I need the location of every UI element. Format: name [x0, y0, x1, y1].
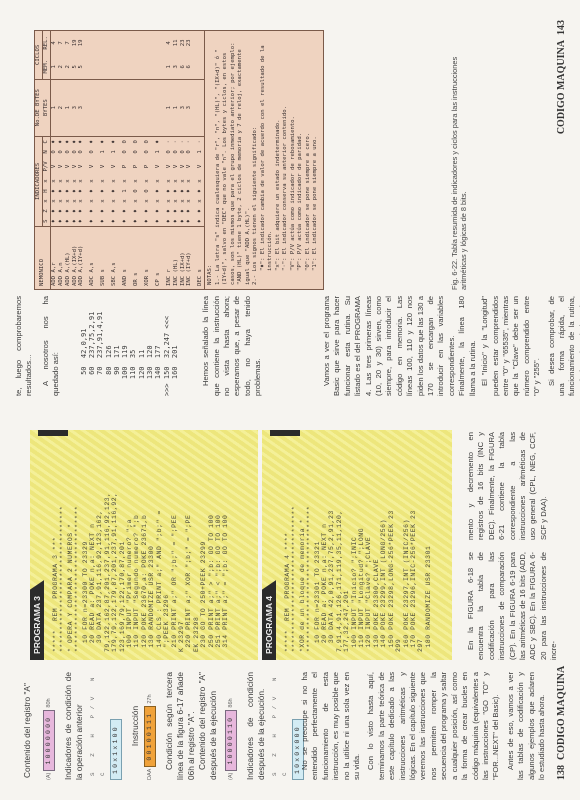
code-line: 100 INPUT "Inicio? ";INIC: [351, 506, 358, 652]
flag-cell: ♦: [151, 216, 162, 227]
table-notes: NOTAS: 1.- La letra "s" indica cualesqui…: [204, 31, 323, 289]
flag-cell: ♦: [186, 216, 193, 227]
flag-cell: 1: [118, 186, 129, 196]
legend-item: "1": El indicador se pone siempre a uno.: [312, 35, 320, 271]
code-line: *XOR de un bloque de memoria *: [299, 506, 306, 652]
bytes-cell: [140, 79, 151, 136]
programa-3-code: ***** REM PROGRAMA 3 *******************…: [52, 492, 230, 652]
rel-cell: [118, 31, 129, 55]
listing-line: 90 171: [113, 296, 121, 396]
listing-line: 130 120: [146, 296, 154, 396]
reg-a-before-bits: 10000000: [43, 710, 55, 771]
code-line: *********************************: [74, 492, 81, 652]
flag-cell: 0: [58, 147, 65, 157]
flags-before-bits: 10x1x100: [110, 719, 122, 780]
flag-cell: ♦: [96, 206, 107, 216]
flag-cell: 1: [96, 147, 107, 157]
mnemonic-cell: XOR s: [140, 227, 151, 289]
column-header: S: [42, 216, 50, 227]
col-nemonico: NEMONICO: [35, 227, 50, 289]
mnemonic-cell: ADD A,(IY+d): [78, 227, 85, 289]
flag-cell: x: [186, 196, 193, 206]
flag-cell: ♦: [162, 186, 173, 196]
mem-cell: 2: [58, 55, 65, 79]
programa-4-panel: PROGRAMA 4 ***** REM PROGRAMA 4 ********…: [262, 430, 452, 660]
table-row: INC (HL)♦♦x♦xV0·1311: [173, 31, 180, 289]
flag-cell: 0: [78, 147, 85, 157]
flag-cell: x: [96, 196, 107, 206]
rel-cell: [140, 31, 151, 55]
flag-cell: ♦: [129, 216, 140, 227]
mnemonic-cell: SBC A,s: [107, 227, 118, 289]
instruction-hex: 27h: [147, 694, 153, 703]
code-line: 150 POKE 23298,LONG-256*PEEK 23: [388, 506, 395, 652]
flag-cell: 0: [129, 186, 140, 196]
page-143: te, luego comprobaremos resultados... A …: [0, 0, 580, 400]
flag-cell: ♦: [180, 206, 187, 216]
mem-cell: [193, 55, 204, 79]
rel-cell: 19: [72, 31, 79, 55]
rel-cell: 23: [180, 31, 187, 55]
flag-cell: x: [162, 176, 173, 186]
flag-cell: ♦: [173, 206, 180, 216]
reg-prefix: (A): [228, 773, 234, 780]
mnemonic-cell: ADD A,(IX+d): [72, 227, 79, 289]
flag-cell: ♦: [78, 186, 85, 196]
flag-cell: x: [85, 196, 96, 206]
flags-cycles-table: NEMONICO INDICADORES No.DE BYTES CICLOS …: [34, 30, 324, 290]
flag-cell: ♦: [50, 216, 57, 227]
flag-cell: ♦: [50, 136, 57, 147]
column-header: Z: [42, 206, 50, 216]
flag-cell: P: [129, 157, 140, 176]
legend-item: "0": El indicador se pone siempre a cero…: [305, 35, 313, 271]
flag-cell: x: [186, 176, 193, 186]
flag-cell: 0: [162, 147, 173, 157]
flag-cell: V: [58, 157, 65, 176]
code-line: 140 CLS : PRINT a;" AND ";b;" =: [156, 492, 163, 652]
flag-cell: x: [180, 176, 187, 186]
code-line: 140 POKE 23299,INT (LONG/256): [380, 506, 387, 652]
reg-a-after-bits: 10000110: [225, 710, 237, 771]
flag-cell: ♦: [118, 216, 129, 227]
flag-cell: ♦: [186, 186, 193, 196]
paragraph: mento y decremento en registros de 16 bi…: [466, 432, 549, 540]
column-header: x: [42, 176, 50, 186]
table-row: AND s♦♦x1xP00: [118, 31, 129, 289]
flag-cell: P: [118, 157, 129, 176]
flag-cell: 0: [129, 136, 140, 147]
paragraph: Hemos señalado la línea que contiene la …: [201, 296, 263, 396]
flags-header: S Z H P/V N C: [88, 672, 109, 776]
flags-header: S Z H P/V N C: [270, 672, 291, 776]
mem-cell: [85, 55, 96, 79]
bytes-cell: 3: [78, 79, 85, 136]
bytes-cell: 3: [72, 79, 79, 136]
instruction-mnemonic: DAA: [147, 769, 153, 780]
flag-cell: 0: [50, 147, 57, 157]
bytes-cell: 1: [65, 79, 72, 136]
body-column-2: En la FIGURA 6-18 se encuentra la tabla …: [466, 552, 560, 660]
mem-cell: 5: [72, 55, 79, 79]
flag-cell: V: [173, 157, 180, 176]
column-header: H: [42, 186, 50, 196]
flag-cell: ♦: [140, 216, 151, 227]
page-number: 143: [556, 20, 567, 35]
reg-prefix: (A): [46, 773, 52, 780]
mnemonic-cell: INC (IY+d): [186, 227, 193, 289]
flag-cell: 0: [186, 147, 193, 157]
flag-cell: ♦: [96, 186, 107, 196]
flag-cell: ♦: [78, 216, 85, 227]
rel-cell: 4: [162, 31, 173, 55]
flag-cell: ♦: [72, 136, 79, 147]
flag-cell: ♦: [107, 206, 118, 216]
group-indicadores: INDICADORES: [35, 136, 42, 226]
flag-cell: x: [50, 196, 57, 206]
flag-cell: ♦: [58, 216, 65, 227]
mnemonic-cell: INC r: [162, 227, 173, 289]
table-row: ADD A,(IX+d)♦♦x♦xV0♦3519: [72, 31, 79, 289]
flag-cell: ♦: [151, 136, 162, 147]
flag-cell: x: [140, 176, 151, 186]
flag-cell: x: [72, 176, 79, 186]
flag-cell: ♦: [140, 206, 151, 216]
code-line: *********************************: [291, 506, 298, 652]
code-line: 20 READ a: POKE n,a: NEXT n: [321, 506, 328, 652]
flag-cell: ♦: [65, 216, 72, 227]
flag-cell: ♦: [50, 186, 57, 196]
flag-cell: x: [85, 176, 96, 186]
table-row: OR s♦♦x0xP00: [129, 31, 140, 289]
column-header: C: [42, 136, 50, 147]
notes-title: NOTAS:: [207, 35, 215, 285]
flag-cell: 0: [72, 147, 79, 157]
bytes-cell: [118, 79, 129, 136]
programa-3-title: PROGRAMA 3: [30, 580, 44, 660]
figure-caption: Fig. 6-22. Tabla resumida de indicadores…: [450, 32, 468, 290]
column-header: P/V: [42, 157, 50, 176]
body-column-3: mento y decremento en registros de 16 bi…: [466, 432, 549, 540]
mem-cell: 6: [180, 55, 187, 79]
table-row: ADC A,s♦♦x♦xV0♦: [85, 31, 96, 289]
table-row: INC (IY+d)♦♦x♦xV0·3623: [186, 31, 193, 289]
flag-cell: x: [193, 196, 204, 206]
flags-after-label: Indicadores de condición después de la e…: [245, 672, 267, 780]
mnemonic-cell: INC (HL): [173, 227, 180, 289]
listing-column: te, luego comprobaremos resultados... A …: [14, 296, 264, 396]
flag-cell: ♦: [193, 216, 204, 227]
instruction-label: Instrucción: [130, 672, 141, 780]
column-header: MEM.: [42, 55, 50, 79]
code-line: 220 PRINT a;" XOR ";b;" = ";PE: [185, 492, 192, 652]
flag-cell: ♦: [85, 216, 96, 227]
table-row: INC (IX+d)♦♦x♦xV0·3623: [180, 31, 187, 289]
mnemonic-cell: ADD A,n: [58, 227, 65, 289]
table-row: XOR s♦♦x0xP00: [140, 31, 151, 289]
flag-cell: 0: [65, 147, 72, 157]
column-header: REL.: [42, 31, 50, 55]
flag-cell: ♦: [162, 206, 173, 216]
flag-cell: x: [151, 196, 162, 206]
page-number: 138: [556, 765, 567, 780]
programa-3-panel: PROGRAMA 3 ***** REM PROGRAMA 3 ********…: [30, 430, 258, 660]
flag-cell: x: [65, 176, 72, 186]
flag-cell: ·: [193, 136, 204, 147]
code-line: *********************************: [59, 492, 66, 652]
flag-cell: ♦: [58, 186, 65, 196]
code-line: 170 POKE 23296,INIC-256*PEEK 23: [410, 506, 417, 652]
column-header: x: [42, 196, 50, 206]
mem-cell: [151, 55, 162, 79]
code-line: 10 FOR n=23301 TO 23321: [314, 506, 321, 652]
flag-cell: ♦: [78, 206, 85, 216]
reg-a-before-label: Contenido del registro "A": [22, 672, 33, 778]
code-line: 210 PRINT a;" OR ";b;" = ";PEE: [171, 492, 178, 652]
paragraph: Antes de eso, vamos a ver las tablas de …: [506, 672, 548, 780]
flag-cell: x: [96, 176, 107, 186]
code-line: 79,122,162,87,201,237,91,116,92,123,: [104, 492, 111, 652]
mnemonic-cell: AND s: [118, 227, 129, 289]
code-line: 179,79,122,179,87,201,237,91,116,92,: [111, 492, 118, 652]
rel-cell: [129, 31, 140, 55]
flag-cell: ♦: [180, 186, 187, 196]
flag-cell: x: [162, 196, 173, 206]
page-138: Contenido del registro "A" (A) 10000000 …: [0, 400, 580, 800]
code-line: ***** REM PROGRAMA 3 ***: [52, 492, 59, 652]
bytes-cell: 3: [186, 79, 193, 136]
flag-cell: x: [173, 176, 180, 186]
notes-legend: "♦": El indicador cambia de valor de acu…: [260, 35, 320, 285]
code-line: 120 INPUT "Clave? ";CLAVE: [365, 506, 372, 652]
mnemonic-cell: SUB s: [96, 227, 107, 289]
running-head: CODIGO MAQUINA: [556, 40, 567, 134]
mem-cell: [129, 55, 140, 79]
code-line: 30 DATA 42,0,91,237,75,2,91,23: [328, 506, 335, 652]
flag-cell: ♦: [173, 186, 180, 196]
flag-cell: 1: [107, 147, 118, 157]
table-row: SUB s♦♦x♦xV1♦: [96, 31, 107, 289]
code-line: 20 READ a: POKE n,a: NEXT n: [89, 492, 96, 652]
code-line: 130 POKE 23300,CLAVE: [373, 506, 380, 652]
code-line: 250 PRINT a;" > ";b: GO TO 100: [208, 492, 215, 652]
flag-cell: V: [65, 157, 72, 176]
flag-cell: V: [162, 157, 173, 176]
flag-cell: ♦: [85, 136, 96, 147]
listing-line: 120 11: [138, 296, 146, 396]
flag-cell: ·: [180, 136, 187, 147]
flag-cell: ♦: [151, 206, 162, 216]
listing-line: >>> 150 32,247 <<<: [163, 296, 171, 396]
code-line: * OPERA Y COMPARA 2 NUMEROS *: [67, 492, 74, 652]
code-line: 297: [417, 506, 424, 652]
bytes-cell: 3: [180, 79, 187, 136]
flag-cell: x: [173, 196, 180, 206]
flag-cell: ♦: [193, 206, 204, 216]
rel-cell: 4: [50, 31, 57, 55]
code-line: 177,32,247,201: [343, 506, 350, 652]
bytes-cell: [107, 79, 118, 136]
bytes-cell: [151, 79, 162, 136]
flag-cell: x: [180, 196, 187, 206]
bytes-cell: 2: [58, 79, 65, 136]
flag-cell: ♦: [107, 136, 118, 147]
flag-cell: ♦: [173, 216, 180, 227]
flag-cell: x: [129, 196, 140, 206]
flag-cell: ♦: [85, 206, 96, 216]
reg-a-before: (A) 10000000 80h: [43, 672, 55, 780]
table-row: ADD A,r♦♦x♦xV0♦114: [50, 31, 57, 289]
flag-cell: ·: [173, 136, 180, 147]
paragraph: te, luego comprobaremos resultados...: [14, 296, 35, 396]
flag-cell: ♦: [186, 206, 193, 216]
flag-cell: V: [96, 157, 107, 176]
flag-cell: P: [140, 157, 151, 176]
flag-cell: x: [107, 176, 118, 186]
programa-4-title: PROGRAMA 4: [262, 580, 276, 660]
listing-line: 140 177: [154, 296, 162, 396]
flag-cell: ♦: [65, 206, 72, 216]
mnemonic-cell: CP s: [151, 227, 162, 289]
flag-cell: 0: [173, 147, 180, 157]
code-line: 299: [395, 506, 402, 652]
code-line: 251 PRINT a;" < ";b: GO TO 100: [215, 492, 222, 652]
mem-cell: 1: [162, 55, 173, 79]
flag-cell: x: [151, 176, 162, 186]
mnemonic-cell: ADD A,r: [50, 227, 57, 289]
flag-cell: ♦: [107, 186, 118, 196]
flag-cell: ♦: [180, 216, 187, 227]
flag-cell: x: [58, 176, 65, 186]
book-spread: Contenido del registro "A" (A) 10000000 …: [0, 0, 580, 800]
listing-line: 60 237,75,2,91: [88, 296, 96, 396]
condition-text: Condición según tercera línea de la figu…: [164, 672, 197, 780]
flag-cell: V: [186, 157, 193, 176]
flag-cell: ♦: [193, 186, 204, 196]
flag-cell: 1: [193, 147, 204, 157]
paragraph: No se preocupe si no ha entendido perfec…: [300, 672, 362, 780]
code-line: *********************************: [306, 506, 313, 652]
code-line: 100 INPUT "Primer numero? ";a: [126, 492, 133, 652]
note-2: 2.- Los signos tienen el siguiente signi…: [252, 35, 260, 285]
flag-cell: ♦: [72, 206, 79, 216]
flag-cell: 0: [118, 136, 129, 147]
mem-cell: [140, 55, 151, 79]
body-column-1: No se preocupe si no ha entendido perfec…: [300, 672, 547, 780]
flag-cell: ♦: [72, 186, 79, 196]
code-line: EK 23298: [193, 492, 200, 652]
bytes-cell: 1: [50, 79, 57, 136]
running-head: CODIGO MAQUINA: [556, 666, 567, 760]
page-folio: CODIGO MAQUINA 143: [556, 20, 567, 134]
listing-line: 70 237,91,4,91: [96, 296, 104, 396]
reg-a-after: (A) 10000110 86h: [225, 672, 237, 780]
page-folio: 138 CODIGO MAQUINA: [556, 666, 567, 780]
flag-cell: x: [129, 176, 140, 186]
table-row: ADD A,(HL)♦♦x♦xV0♦127: [65, 31, 72, 289]
flag-cell: 1: [151, 147, 162, 157]
register-sidebar: Contenido del registro "A" (A) 10000000 …: [8, 672, 304, 780]
rel-cell: 19: [78, 31, 85, 55]
mem-cell: [107, 55, 118, 79]
flag-cell: ·: [162, 136, 173, 147]
flag-cell: x: [118, 196, 129, 206]
rel-cell: 7: [65, 31, 72, 55]
table-row: SBC A,s♦♦x♦xV1♦: [107, 31, 118, 289]
code-line: 7,91,4,91,126,171,119,35,11,120,: [336, 506, 343, 652]
bytes-cell: 1: [173, 79, 180, 136]
reg-a-after-label: Contenido del registro "A" después de la…: [197, 672, 219, 780]
rel-cell: 7: [58, 31, 65, 55]
rel-cell: [85, 31, 96, 55]
panel-edge-marker: [38, 430, 68, 436]
flag-cell: ♦: [118, 206, 129, 216]
mem-cell: 3: [173, 55, 180, 79]
flag-cell: x: [78, 176, 85, 186]
listing-line: 50 42,0,91: [80, 296, 88, 396]
column-header: N: [42, 147, 50, 157]
code-line: 130 RANDOMIZE USR 23300: [148, 492, 155, 652]
flag-cell: 0: [140, 186, 151, 196]
legend-item: "·": El indicador conserva su anterior c…: [282, 35, 290, 271]
mem-cell: [96, 55, 107, 79]
flag-cell: x: [58, 196, 65, 206]
flag-cell: 0: [129, 147, 140, 157]
mem-cell: [118, 55, 129, 79]
listing-line: 110 35: [129, 296, 137, 396]
instruction-bits: 00100111: [144, 706, 156, 767]
mnemonic-cell: ADC A,s: [85, 227, 96, 289]
flag-cell: V: [193, 157, 204, 176]
paragraph: En la FIGURA 6-18 se encuentra la tabla …: [466, 552, 560, 660]
flag-cell: x: [193, 176, 204, 186]
listing-line: 160 201: [171, 296, 179, 396]
reg-hex: 86h: [228, 698, 234, 707]
flag-cell: x: [78, 196, 85, 206]
rel-cell: 11: [173, 31, 180, 55]
flag-cell: ♦: [72, 216, 79, 227]
flag-cell: V: [50, 157, 57, 176]
bytes-cell: [193, 79, 204, 136]
rel-cell: 23: [186, 31, 193, 55]
mnemonic-cell: OR s: [129, 227, 140, 289]
table-row: ADD A,n♦♦x♦xV0♦227: [58, 31, 65, 289]
bytes-cell: 1: [162, 79, 173, 136]
group-bytes: No.DE BYTES: [35, 79, 42, 136]
paragraph: A nosotros nos ha quedado así:: [41, 296, 62, 396]
column-header: BYTES: [42, 79, 50, 136]
flag-cell: ♦: [162, 216, 173, 227]
flag-cell: x: [107, 196, 118, 206]
paragraph: Con lo visto hasta aquí, terminamos la p…: [366, 672, 501, 780]
note-1: 1.- La letra "s" indica cualesquiera de …: [215, 35, 253, 285]
rel-cell: [96, 31, 107, 55]
flag-cell: 0: [118, 147, 129, 157]
rel-cell: [193, 31, 204, 55]
flag-cell: V: [78, 157, 85, 176]
flag-cell: ♦: [58, 136, 65, 147]
body-column: Vamos a ver el programa Basic que sirve …: [322, 296, 580, 396]
table-row: DEC s♦♦x♦xV1·: [193, 31, 204, 289]
bytes-cell: [129, 79, 140, 136]
flag-cell: V: [151, 157, 162, 176]
flag-cell: ♦: [78, 136, 85, 147]
mnemonic-cell: INC (IX+d): [180, 227, 187, 289]
flag-cell: ♦: [107, 216, 118, 227]
programa-4-code: ***** REM PROGRAMA 4 *******************…: [284, 506, 432, 652]
flag-cell: ♦: [129, 206, 140, 216]
code-line: 10 FOR n=23300 TO 23329: [82, 492, 89, 652]
